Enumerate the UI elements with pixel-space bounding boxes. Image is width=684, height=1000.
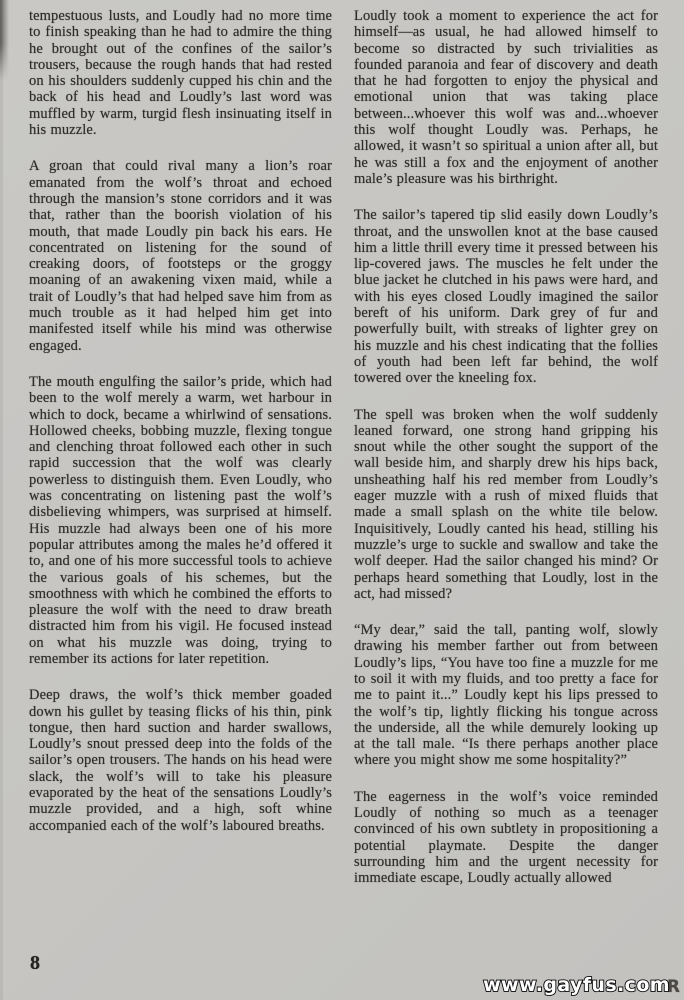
paragraph: tempestuous lusts, and Loudly had no mor… [29, 8, 332, 138]
paragraph: A groan that could rival many a lion’s r… [29, 158, 332, 354]
text-column-left: tempestuous lusts, and Loudly had no mor… [29, 8, 332, 854]
scan-edge-shadow [0, 0, 3, 1000]
site-watermark: www.gayfus.com [483, 974, 680, 996]
paragraph: The mouth engulfing the sailor’s pride, … [29, 374, 332, 667]
book-page-scan: tempestuous lusts, and Loudly had no mor… [0, 0, 684, 1000]
page-number: 8 [30, 952, 41, 975]
scan-corner-smudge [0, 0, 9, 80]
paragraph: “My dear,” said the tall, panting wolf, … [354, 622, 658, 769]
paragraph: The eagerness in the wolf’s voice remind… [354, 789, 658, 887]
text-column-right: Loudly took a moment to experience the a… [354, 8, 658, 907]
paragraph: The sailor’s tapered tip slid easily dow… [354, 207, 658, 386]
paragraph: The spell was broken when the wolf sudde… [354, 407, 658, 603]
paragraph: Deep draws, the wolf’s thick member goad… [29, 687, 332, 834]
watermark-area: R www.gayfus.com [483, 974, 680, 998]
paragraph: Loudly took a moment to experience the a… [354, 8, 658, 187]
